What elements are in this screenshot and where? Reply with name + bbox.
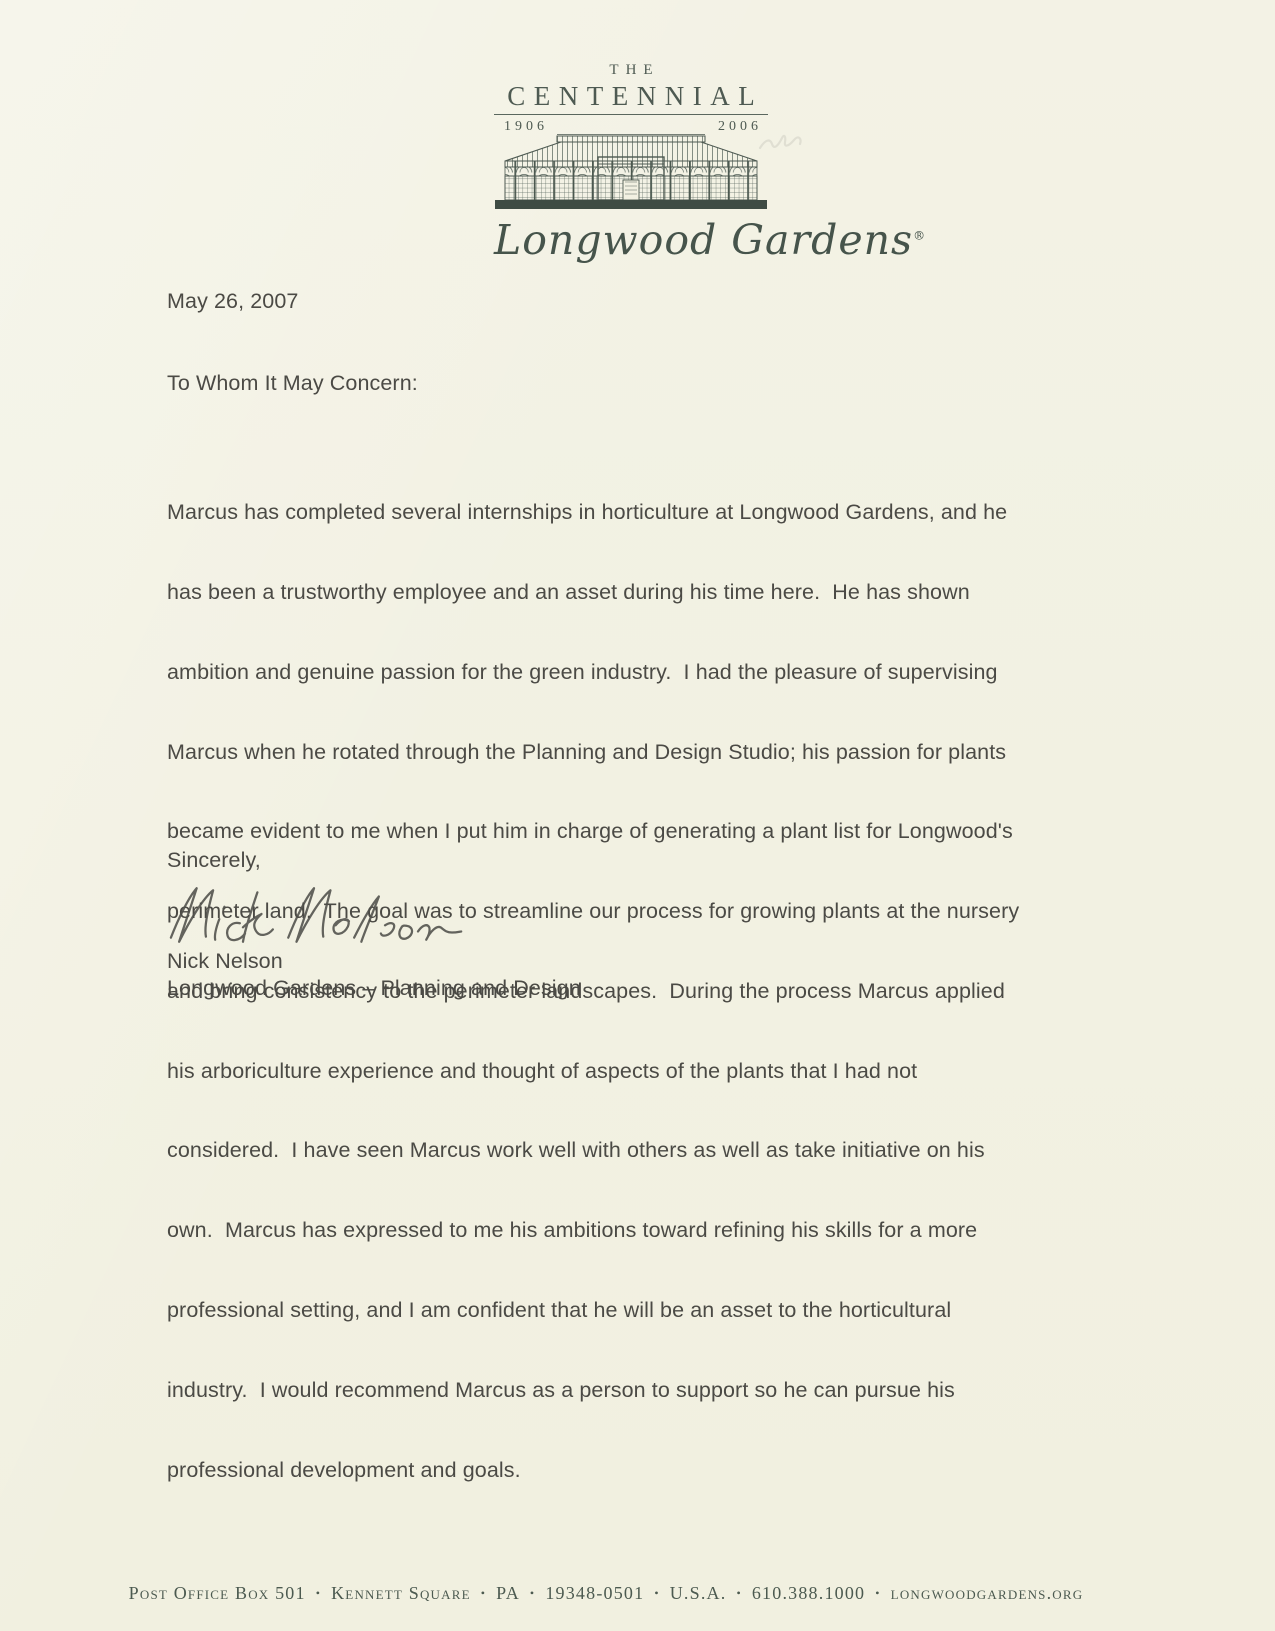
scanned-letter-page: THE CENTENNIAL 1906 2006 [0, 0, 1275, 1631]
footer-country: U.S.A. [670, 1583, 727, 1603]
letterhead-centennial-label: CENTENNIAL [494, 81, 768, 112]
footer-po-box: Post Office Box 501 [129, 1583, 306, 1603]
letterhead-script-name: Longwood Gardens [494, 216, 913, 264]
letterhead-year-start: 1906 [504, 119, 548, 135]
conservatory-building-icon [495, 128, 767, 212]
bullet-separator-icon: • [530, 1586, 535, 1601]
body-line: has been a trustworthy employee and an a… [167, 579, 1019, 606]
letter-closing: Sincerely, [167, 847, 261, 874]
letterhead-the-label: THE [494, 62, 768, 79]
body-line: became evident to me when I put him in c… [167, 818, 1019, 845]
footer-city: Kennett Square [331, 1583, 471, 1603]
handwritten-signature [164, 880, 464, 950]
signer-title: Longwood Gardens – Planning and Design [167, 975, 581, 1002]
footer-zip: 19348-0501 [545, 1583, 644, 1603]
faint-pencil-mark [756, 126, 812, 160]
body-line: professional setting, and I am confident… [167, 1297, 1019, 1324]
body-line: Marcus has completed several internships… [167, 499, 1019, 526]
bullet-separator-icon: • [736, 1586, 741, 1601]
signer-name: Nick Nelson [167, 948, 283, 975]
letter-salutation: To Whom It May Concern: [167, 370, 418, 397]
body-line: considered. I have seen Marcus work well… [167, 1137, 1019, 1164]
body-line: his arboriculture experience and thought… [167, 1058, 1019, 1085]
bullet-separator-icon: • [481, 1586, 486, 1601]
footer-state: PA [496, 1583, 520, 1603]
letterhead-footer: Post Office Box 501•Kennett Square•PA•19… [0, 1583, 1212, 1604]
bullet-separator-icon: • [316, 1586, 321, 1601]
body-line: industry. I would recommend Marcus as a … [167, 1377, 1019, 1404]
letterhead: THE CENTENNIAL 1906 2006 [494, 62, 768, 264]
letterhead-rule [494, 114, 768, 115]
letterhead-script-wordmark: Longwood Gardens® [494, 216, 768, 264]
letter-date: May 26, 2007 [167, 288, 298, 315]
footer-phone: 610.388.1000 [752, 1583, 865, 1603]
body-line: ambition and genuine passion for the gre… [167, 659, 1019, 686]
bullet-separator-icon: • [654, 1586, 659, 1601]
body-line: own. Marcus has expressed to me his ambi… [167, 1217, 1019, 1244]
body-line: Marcus when he rotated through the Plann… [167, 739, 1019, 766]
bullet-separator-icon: • [875, 1586, 880, 1601]
footer-website: longwoodgardens.org [891, 1583, 1084, 1603]
registered-trademark-icon: ® [913, 228, 925, 242]
body-line: professional development and goals. [167, 1457, 1019, 1484]
